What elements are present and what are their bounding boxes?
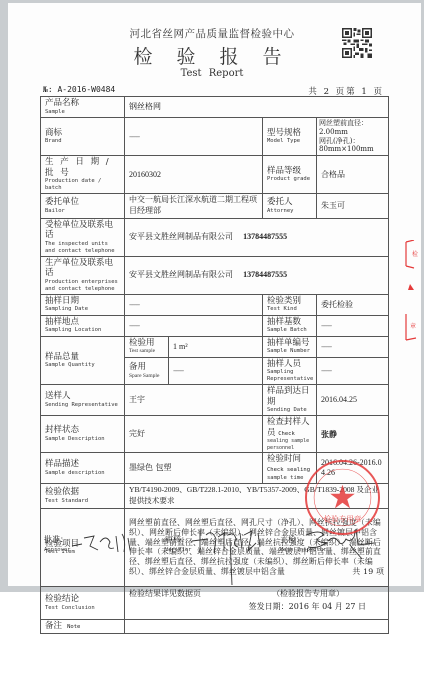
row-sending-representative: 送样人Sending Representative 王宇 样品到达日期Sendi…: [41, 384, 389, 415]
verifier-signature-icon: [190, 525, 270, 587]
label-bailor: 委托单位Bailor: [41, 194, 125, 219]
row-production-enterprises: 生产单位及联系电话Production enterprises and cont…: [41, 256, 389, 294]
label-test-kind: 检验类别Test Kind: [263, 294, 317, 315]
test-item-count: 共 19 项: [352, 567, 384, 577]
row-sampling-date: 抽样日期Sampling Date ------ 检验类别Test Kind 委…: [41, 294, 389, 315]
row-production-date: 生 产 日 期 / 批 号Production date / batch 201…: [41, 156, 389, 194]
label-sampling-location: 抽样地点Sampling Location: [41, 315, 125, 336]
label-sample-description: 样品描述Sample description: [41, 452, 125, 483]
value-production-enterprises: 安平县文胜丝网制品有限公司 13784487555: [125, 256, 389, 294]
value-sampling-location: ------: [125, 315, 263, 336]
label-sample-quantity: 样品总量Sample Quantity: [41, 336, 125, 384]
label-brand: 商标Brand: [41, 118, 125, 156]
label-test-conclusion: 检验结论Test Conclusion: [41, 586, 125, 619]
label-product-grade: 样品等级Product grade: [263, 156, 317, 194]
label-test-standard: 检验依据Test Standard: [41, 483, 125, 508]
row-note: 备注 Note: [41, 619, 389, 633]
value-product-grade: 合格品: [317, 156, 389, 194]
label-note: 备注 Note: [41, 619, 125, 633]
value-note: [125, 619, 389, 633]
qr-code-icon: [342, 27, 372, 59]
value-sending-date: 2016.04.25: [317, 384, 389, 415]
svg-text:检验专用章: 检验专用章: [324, 514, 362, 524]
approver-label: 批准： Approver: [44, 534, 71, 553]
value-sampling-representative: ------: [317, 357, 389, 384]
svg-text:章: 章: [410, 322, 416, 330]
value-attorney: 朱玉可: [317, 194, 389, 219]
value-test-sample: 1 m²: [169, 336, 263, 357]
approver-signature-icon: [70, 528, 140, 558]
row-test-conclusion: 检验结论Test Conclusion 检验结果详见数据页 （检验报告专用章） …: [41, 586, 389, 619]
label-sample: 产品名称Sample: [41, 97, 125, 118]
value-inspected-units: 安平县文胜丝网制品有限公司 13784487555: [125, 218, 389, 256]
row-inspected-units: 受检单位及联系电话The inspected units and contact…: [41, 218, 389, 256]
row-sampling-location: 抽样地点Sampling Location ------ 抽样基数Sample …: [41, 315, 389, 336]
value-sample-description: 墨绿色 包塑: [125, 452, 263, 483]
label-sample-batch: 抽样基数Sample Batch: [263, 315, 317, 336]
label-sending-representative: 送样人Sending Representative: [41, 384, 125, 415]
official-stamp-icon: 检验专用章: [305, 460, 380, 535]
value-check-sealing-personnel: 张静: [317, 416, 389, 453]
value-spare-sample: ------: [169, 357, 263, 384]
row-sample-quantity-test: 样品总量Sample Quantity 检验用Test sample 1 m² …: [41, 336, 389, 357]
label-inspected-units: 受检单位及联系电话The inspected units and contact…: [41, 218, 125, 256]
label-spare-sample: 备用Spare Sample: [125, 357, 169, 384]
value-sample-number: ------: [317, 336, 389, 357]
label-seal-status: 封样状态Sample Description: [41, 416, 125, 453]
label-sample-number: 抽样单编号Sample Number: [263, 336, 317, 357]
label-model-type: 型号规格Model Type: [263, 118, 317, 156]
value-test-kind: 委托检验: [317, 294, 389, 315]
label-sampling-representative: 抽样人员Sampling Representative: [263, 357, 317, 384]
issue-date: 签发日期：2016 年 04 月 27 日: [129, 602, 366, 612]
label-sampling-date: 抽样日期Sampling Date: [41, 294, 125, 315]
row-brand: 商标Brand ------ 型号规格Model Type 网丝塑前直径：2.0…: [41, 118, 389, 156]
report-number: №: A-2016-W0484: [43, 85, 115, 94]
stamp-note: （检验报告专用章）: [272, 589, 344, 599]
label-production-date: 生 产 日 期 / 批 号Production date / batch: [41, 156, 125, 194]
value-brand: ------: [125, 118, 263, 156]
value-sampling-date: ------: [125, 294, 263, 315]
value-test-conclusion: 检验结果详见数据页 （检验报告专用章） 签发日期：2016 年 04 月 27 …: [125, 586, 389, 619]
row-sample: 产品名称Sample 钢丝格网: [41, 97, 389, 118]
value-production-date: 20160302: [125, 156, 263, 194]
report-subtitle: Test Report: [0, 68, 424, 79]
seam-stamp-icon: 检 章: [404, 240, 422, 350]
value-sample: 钢丝格网: [125, 97, 389, 118]
value-seal-status: 完好: [125, 416, 263, 453]
value-sample-batch: ------: [317, 315, 389, 336]
value-sending-representative: 王宇: [125, 384, 263, 415]
value-model-type: 网丝塑前直径：2.00mm网孔(净孔)：80mm×100mm: [317, 118, 389, 156]
svg-text:检: 检: [412, 250, 418, 258]
label-test-sample: 检验用Test sample: [125, 336, 169, 357]
verifier-label: 审核： Verifier: [165, 534, 192, 553]
row-bailor: 委托单位Bailor 中交一航局长江深水航道二期工程项目经理部 委托人Attor…: [41, 194, 389, 219]
label-check-sealing-personnel: 检查封样人员 Checksealing sample personnel: [263, 416, 317, 453]
row-seal-status: 封样状态Sample Description 完好 检查封样人员 Checkse…: [41, 416, 389, 453]
value-bailor: 中交一航局长江深水航道二期工程项目经理部: [125, 194, 263, 219]
label-production-enterprises: 生产单位及联系电话Production enterprises and cont…: [41, 256, 125, 294]
label-sending-date: 样品到达日期Sending Date: [263, 384, 317, 415]
label-attorney: 委托人Attorney: [263, 194, 317, 219]
